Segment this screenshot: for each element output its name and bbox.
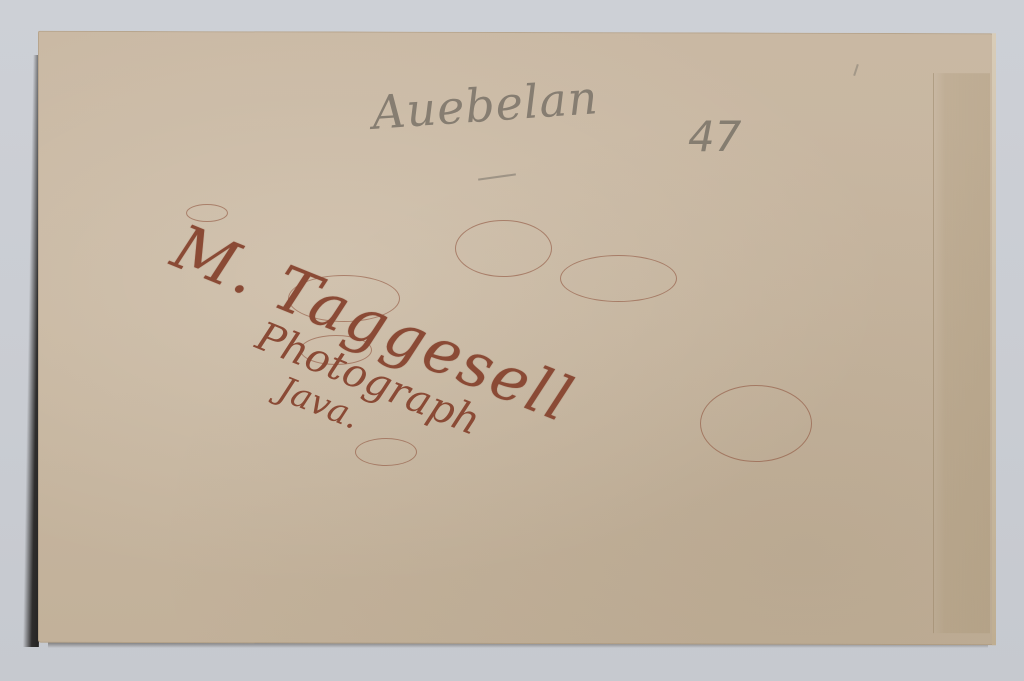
card-right-strip — [933, 73, 990, 633]
flourish-ornament — [455, 220, 552, 277]
handwritten-number: 47 — [688, 112, 741, 161]
flourish-ornament — [700, 385, 812, 462]
card-right-edge — [992, 33, 996, 645]
flourish-ornament — [560, 255, 677, 302]
